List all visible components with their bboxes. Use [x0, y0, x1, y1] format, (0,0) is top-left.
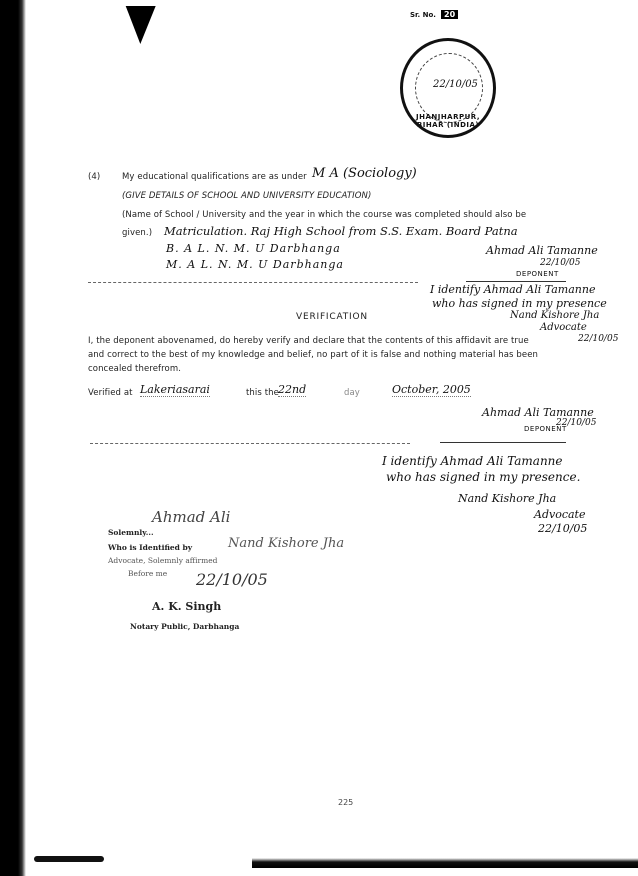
- identification-advocate-name: Nand Kishore Jha: [458, 492, 556, 505]
- notary-title: Notary Public, Darbhanga: [130, 622, 239, 631]
- verified-at-label: Verified at: [88, 388, 133, 398]
- identification-line: who has signed in my presence.: [386, 470, 580, 484]
- notary-date-signature: 22/10/05: [196, 570, 268, 589]
- month-year-value: October, 2005: [392, 383, 471, 397]
- identification-date: 22/10/05: [538, 522, 587, 535]
- verification-body-line2: and correct to the best of my knowledge …: [88, 350, 538, 360]
- notary-name: A. K. Singh: [152, 600, 221, 613]
- verification-title: VERIFICATION: [296, 312, 368, 322]
- item-number: (4): [88, 172, 100, 182]
- page-number: 225: [338, 798, 353, 807]
- stamp-number: 20: [441, 10, 458, 19]
- qualification-note-line1: (Name of School / University and the yea…: [122, 210, 526, 220]
- notary-seal: 22/10/05 JHANJHARPUR, BIHAR (INDIA): [400, 38, 496, 138]
- notary-identified-label: Who is Identified by: [108, 543, 192, 552]
- notary-advocate-line: Advocate, Solemnly affirmed: [108, 556, 217, 565]
- identification-advocate-title: Advocate: [540, 322, 587, 333]
- deponent-signature-date: 22/10/05: [540, 258, 580, 268]
- scan-bottom-edge: [252, 858, 638, 868]
- identification-line: I identify Ahmad Ali Tamanne: [382, 454, 563, 468]
- notary-before-line: Before me: [128, 569, 167, 578]
- verification-body-line3: concealed therefrom.: [88, 364, 181, 374]
- deponent-label: DEPONENT: [516, 270, 559, 278]
- divider: [88, 282, 418, 283]
- verification-body-line1: I, the deponent abovenamed, do hereby ve…: [88, 336, 529, 346]
- notary-deponent-label: Solemnly...: [108, 528, 154, 537]
- notary-deponent-name: Ahmad Ali: [152, 508, 230, 526]
- education-entry: Matriculation. Raj High School from S.S.…: [164, 224, 518, 238]
- stamp-strip-text: Sr. No.: [410, 11, 436, 19]
- stamp-paper-strip: Sr. No. 20: [410, 2, 560, 12]
- identification-date: 22/10/05: [578, 334, 618, 344]
- identification-advocate-name: Nand Kishore Jha: [510, 310, 599, 321]
- notary-identifier-name: Nand Kishore Jha: [228, 536, 344, 551]
- qualification-label: My educational qualifications are as und…: [122, 172, 307, 182]
- deponent-label: DEPONENT: [524, 425, 567, 433]
- this-the-label: this the: [246, 388, 279, 398]
- qualification-value: M A (Sociology): [312, 166, 417, 181]
- identification-line: I identify Ahmad Ali Tamanne: [430, 283, 595, 296]
- seal-text: JHANJHARPUR, BIHAR (INDIA): [403, 113, 493, 129]
- identification-advocate-title: Advocate: [534, 508, 585, 521]
- qualification-note-line2: given.): [122, 228, 152, 238]
- scan-artifact-mark: [100, 6, 155, 44]
- seal-signature: 22/10/05: [433, 79, 478, 90]
- deponent-signature: Ahmad Ali Tamanne: [486, 244, 598, 257]
- day-of-label: day: [344, 388, 360, 398]
- education-entry: B. A L. N. M. U Darbhanga: [166, 242, 341, 255]
- day-value: 22nd: [278, 383, 306, 397]
- signature-line: [440, 442, 566, 443]
- scan-edge-shadow: [0, 0, 26, 876]
- divider: [90, 443, 410, 444]
- education-entry: M. A L. N. M. U Darbhanga: [166, 258, 344, 271]
- verified-at-value: Lakeriasarai: [140, 383, 210, 397]
- scan-artifact-smudge: [34, 856, 104, 862]
- identification-line: who has signed in my presence: [432, 297, 607, 310]
- qualification-instruction: (GIVE DETAILS OF SCHOOL AND UNIVERSITY E…: [122, 191, 371, 201]
- signature-line: [466, 281, 566, 282]
